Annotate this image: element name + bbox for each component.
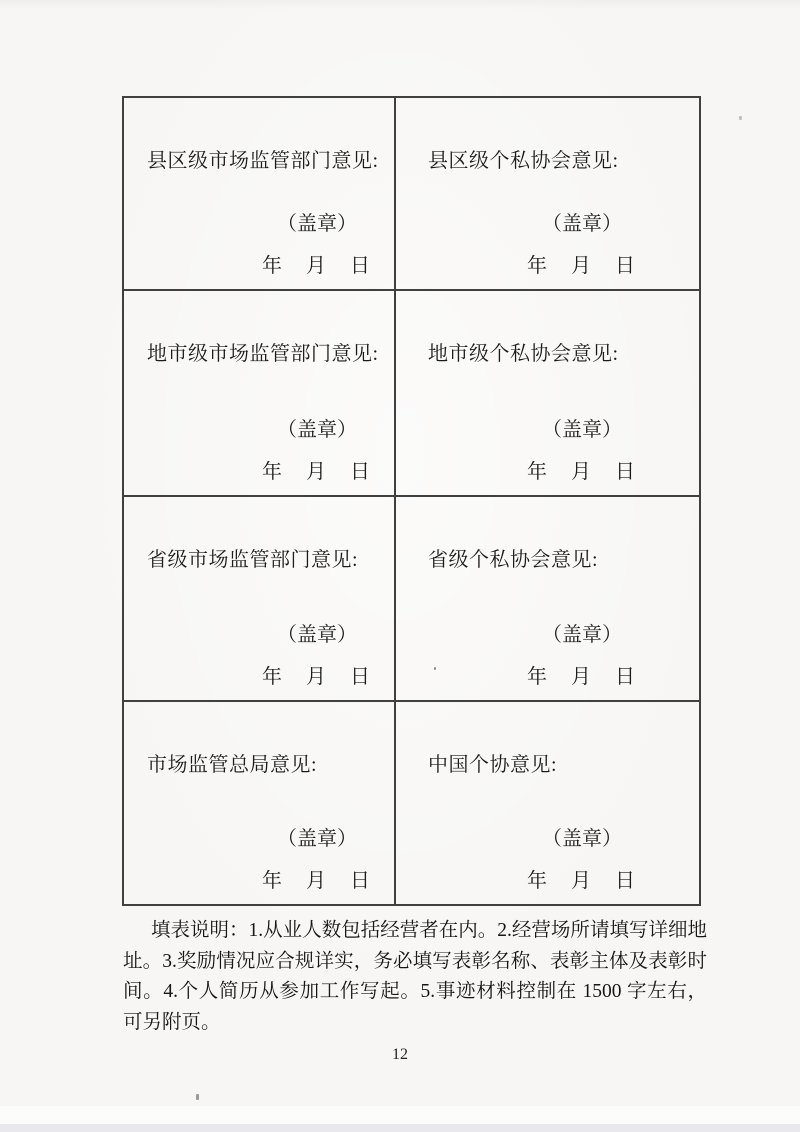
stamp-block: （盖章） 年 月 日 xyxy=(262,409,372,493)
opinion-label: 地市级市场监管部门意见: xyxy=(124,337,394,366)
page-number: 12 xyxy=(0,1046,800,1064)
cell-samr-headquarters-opinion: 市场监管总局意见: （盖章） 年 月 日 xyxy=(124,702,396,904)
opinion-label: 县区级市场监管部门意见: xyxy=(124,144,394,173)
cell-province-private-association-opinion: 省级个私协会意见: （盖章） 年 月 日 xyxy=(396,497,699,702)
date-placeholder: 年 月 日 xyxy=(262,860,372,902)
stamp-block: （盖章） 年 月 日 xyxy=(527,818,637,902)
stamp-block: （盖章） 年 月 日 xyxy=(262,614,372,698)
scan-edge-highlight xyxy=(0,1106,800,1124)
cell-county-private-association-opinion: 县区级个私协会意见: （盖章） 年 月 日 xyxy=(396,98,699,291)
date-placeholder: 年 月 日 xyxy=(262,656,372,698)
cell-city-private-association-opinion: 地市级个私协会意见: （盖章） 年 月 日 xyxy=(396,291,699,497)
seal-placeholder: （盖章） xyxy=(527,203,637,245)
scan-edge-shadow xyxy=(0,1124,800,1132)
opinion-label: 县区级个私协会意见: xyxy=(396,144,699,173)
opinion-label: 市场监管总局意见: xyxy=(124,748,394,777)
opinion-label: 省级市场监管部门意见: xyxy=(124,543,394,572)
date-placeholder: 年 月 日 xyxy=(527,860,637,902)
seal-placeholder: （盖章） xyxy=(262,409,372,451)
approval-opinions-table: 县区级市场监管部门意见: （盖章） 年 月 日 县区级个私协会意见: （盖章） … xyxy=(122,96,701,906)
opinion-label: 省级个私协会意见: xyxy=(396,543,699,572)
stamp-block: （盖章） 年 月 日 xyxy=(262,203,372,287)
stamp-block: （盖章） 年 月 日 xyxy=(527,614,637,698)
seal-placeholder: （盖章） xyxy=(527,818,637,860)
cell-city-market-supervision-opinion: 地市级市场监管部门意见: （盖章） 年 月 日 xyxy=(124,291,396,497)
seal-placeholder: （盖章） xyxy=(527,614,637,656)
seal-placeholder: （盖章） xyxy=(262,818,372,860)
date-placeholder: 年 月 日 xyxy=(527,451,637,493)
opinion-label: 中国个协意见: xyxy=(396,748,699,777)
seal-placeholder: （盖章） xyxy=(527,409,637,451)
date-placeholder: 年 月 日 xyxy=(262,245,372,287)
form-filling-instructions: 填表说明：1.从业人数包括经营者在内。2.经营场所请填写详细地址。3.奖励情况应… xyxy=(123,916,707,1038)
seal-placeholder: （盖章） xyxy=(262,614,372,656)
scan-speck xyxy=(739,116,742,120)
date-placeholder: 年 月 日 xyxy=(527,656,637,698)
scan-speck xyxy=(196,1094,199,1100)
seal-placeholder: （盖章） xyxy=(262,203,372,245)
cell-county-market-supervision-opinion: 县区级市场监管部门意见: （盖章） 年 月 日 xyxy=(124,98,396,291)
cell-province-market-supervision-opinion: 省级市场监管部门意见: （盖章） 年 月 日 xyxy=(124,497,396,702)
stamp-block: （盖章） 年 月 日 xyxy=(527,409,637,493)
stamp-block: （盖章） 年 月 日 xyxy=(262,818,372,902)
date-placeholder: 年 月 日 xyxy=(262,451,372,493)
date-placeholder: 年 月 日 xyxy=(527,245,637,287)
opinion-label: 地市级个私协会意见: xyxy=(396,337,699,366)
stamp-block: （盖章） 年 月 日 xyxy=(527,203,637,287)
cell-china-private-association-opinion: 中国个协意见: （盖章） 年 月 日 xyxy=(396,702,699,904)
